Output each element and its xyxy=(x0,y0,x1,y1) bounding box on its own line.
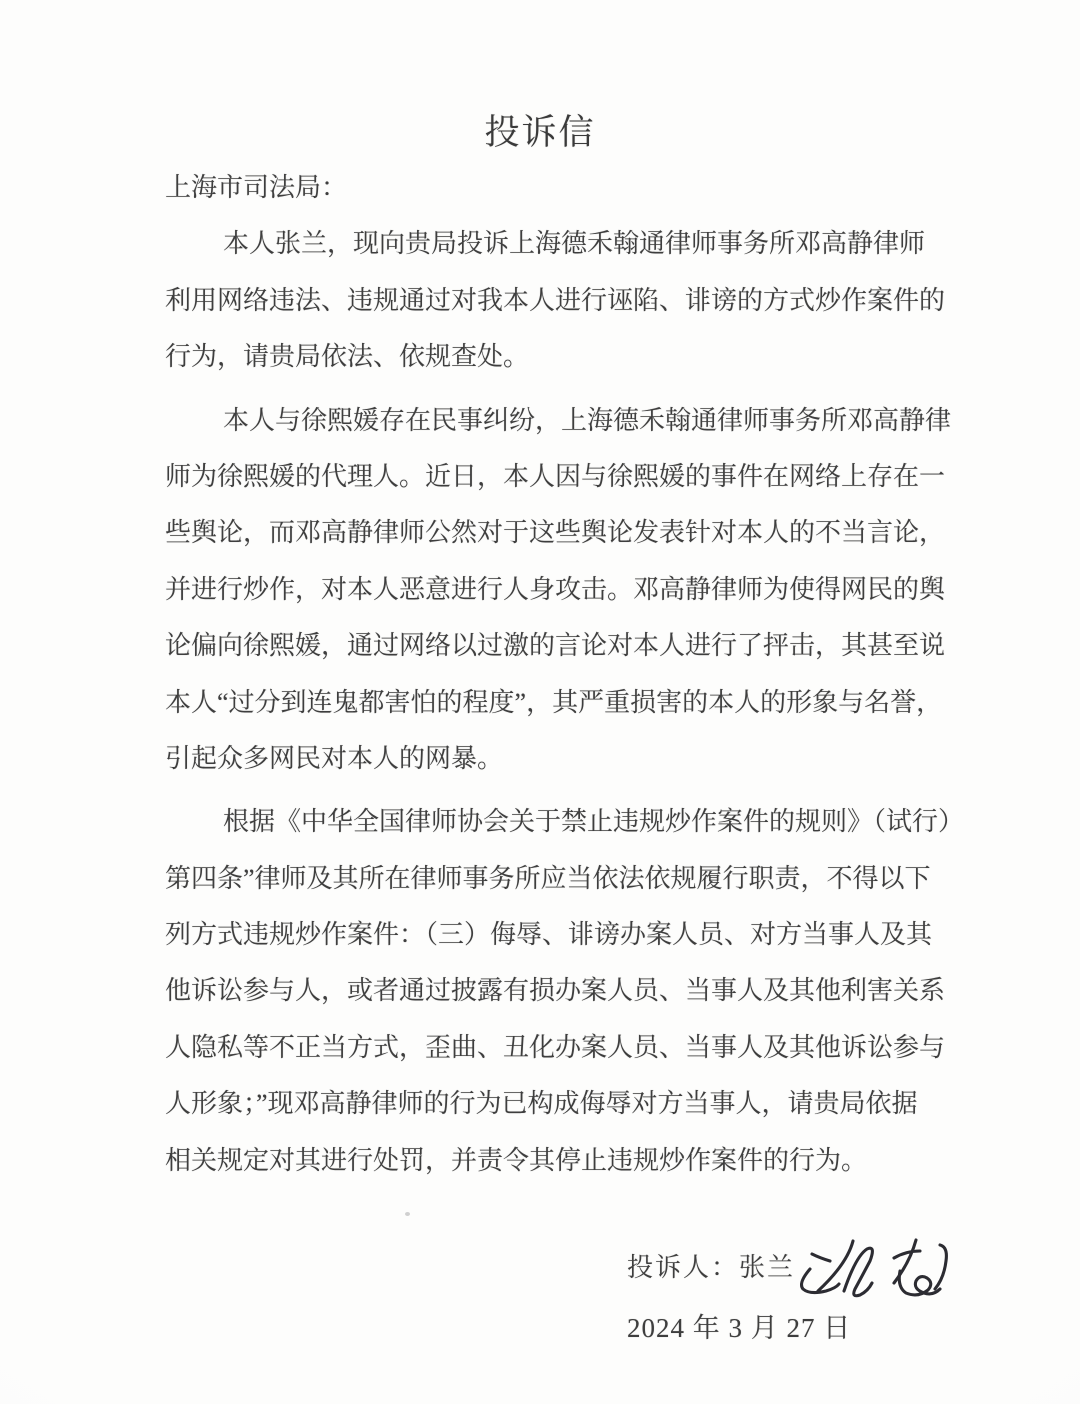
document-line: 论偏向徐熙媛，通过网络以过激的言论对本人进行了抨击，其甚至说 xyxy=(165,618,915,674)
document-line: 引起众多网民对本人的网暴。 xyxy=(165,731,915,787)
document-line: 人形象；”现邓高静律师的行为已构成侮辱对方当事人，请贵局依据 xyxy=(165,1076,915,1132)
document-line: 他诉讼参与人，或者通过披露有损办案人员、当事人及其他利害关系 xyxy=(165,963,915,1019)
document-line: 本人“过分到连鬼都害怕的程度”，其严重损害的本人的形象与名誉， xyxy=(165,675,915,731)
document-line: 本人与徐熙媛存在民事纠纷，上海德禾翰通律师事务所邓高静律 xyxy=(165,393,915,449)
document-line: 本人张兰，现向贵局投诉上海德禾翰通律师事务所邓高静律师 xyxy=(165,216,915,272)
scan-speck xyxy=(405,1212,410,1216)
document-line: 并进行炒作，对本人恶意进行人身攻击。邓高静律师为使得网民的舆 xyxy=(165,562,915,618)
handwritten-signature-icon xyxy=(797,1234,959,1306)
document-line: 相关规定对其进行处罚，并责令其停止违规炒作案件的行为。 xyxy=(165,1133,915,1189)
paragraph: 本人与徐熙媛存在民事纠纷，上海德禾翰通律师事务所邓高静律师为徐熙媛的代理人。近日… xyxy=(165,393,915,788)
letter-body: 上海市司法局： 本人张兰，现向贵局投诉上海德禾翰通律师事务所邓高静律师利用网络违… xyxy=(165,160,915,1189)
document-line: 行为，请贵局依法、依规查处。 xyxy=(165,329,915,385)
document-line: 第四条”律师及其所在律师事务所应当依法依规履行职责，不得以下 xyxy=(165,851,915,907)
document-line: 人隐私等不正当方式，歪曲、丑化办案人员、当事人及其他诉讼参与 xyxy=(165,1020,915,1076)
signature-date: 2024 年 3 月 27 日 xyxy=(627,1300,851,1356)
paragraph: 根据《中华全国律师协会关于禁止违规炒作案件的规则》（试行）第四条”律师及其所在律… xyxy=(165,794,915,1189)
document-line: 师为徐熙媛的代理人。近日，本人因与徐熙媛的事件在网络上存在一 xyxy=(165,449,915,505)
signer-label: 投诉人：张兰 xyxy=(627,1240,795,1296)
salutation: 上海市司法局： xyxy=(165,160,915,216)
document-line: 些舆论，而邓高静律师公然对于这些舆论发表针对本人的不当言论， xyxy=(165,505,915,561)
body-paragraphs: 本人张兰，现向贵局投诉上海德禾翰通律师事务所邓高静律师利用网络违法、违规通过对我… xyxy=(165,216,915,1189)
document-line: 根据《中华全国律师协会关于禁止违规炒作案件的规则》（试行） xyxy=(165,794,915,850)
document-line: 利用网络违法、违规通过对我本人进行诬陷、诽谤的方式炒作案件的 xyxy=(165,273,915,329)
paragraph: 本人张兰，现向贵局投诉上海德禾翰通律师事务所邓高静律师利用网络违法、违规通过对我… xyxy=(165,216,915,385)
document-line: 列方式违规炒作案件：（三）侮辱、诽谤办案人员、对方当事人及其 xyxy=(165,907,915,963)
letter-title: 投诉信 xyxy=(0,108,1080,158)
complaint-letter-page: 投诉信 上海市司法局： 本人张兰，现向贵局投诉上海德禾翰通律师事务所邓高静律师利… xyxy=(0,0,1080,1404)
